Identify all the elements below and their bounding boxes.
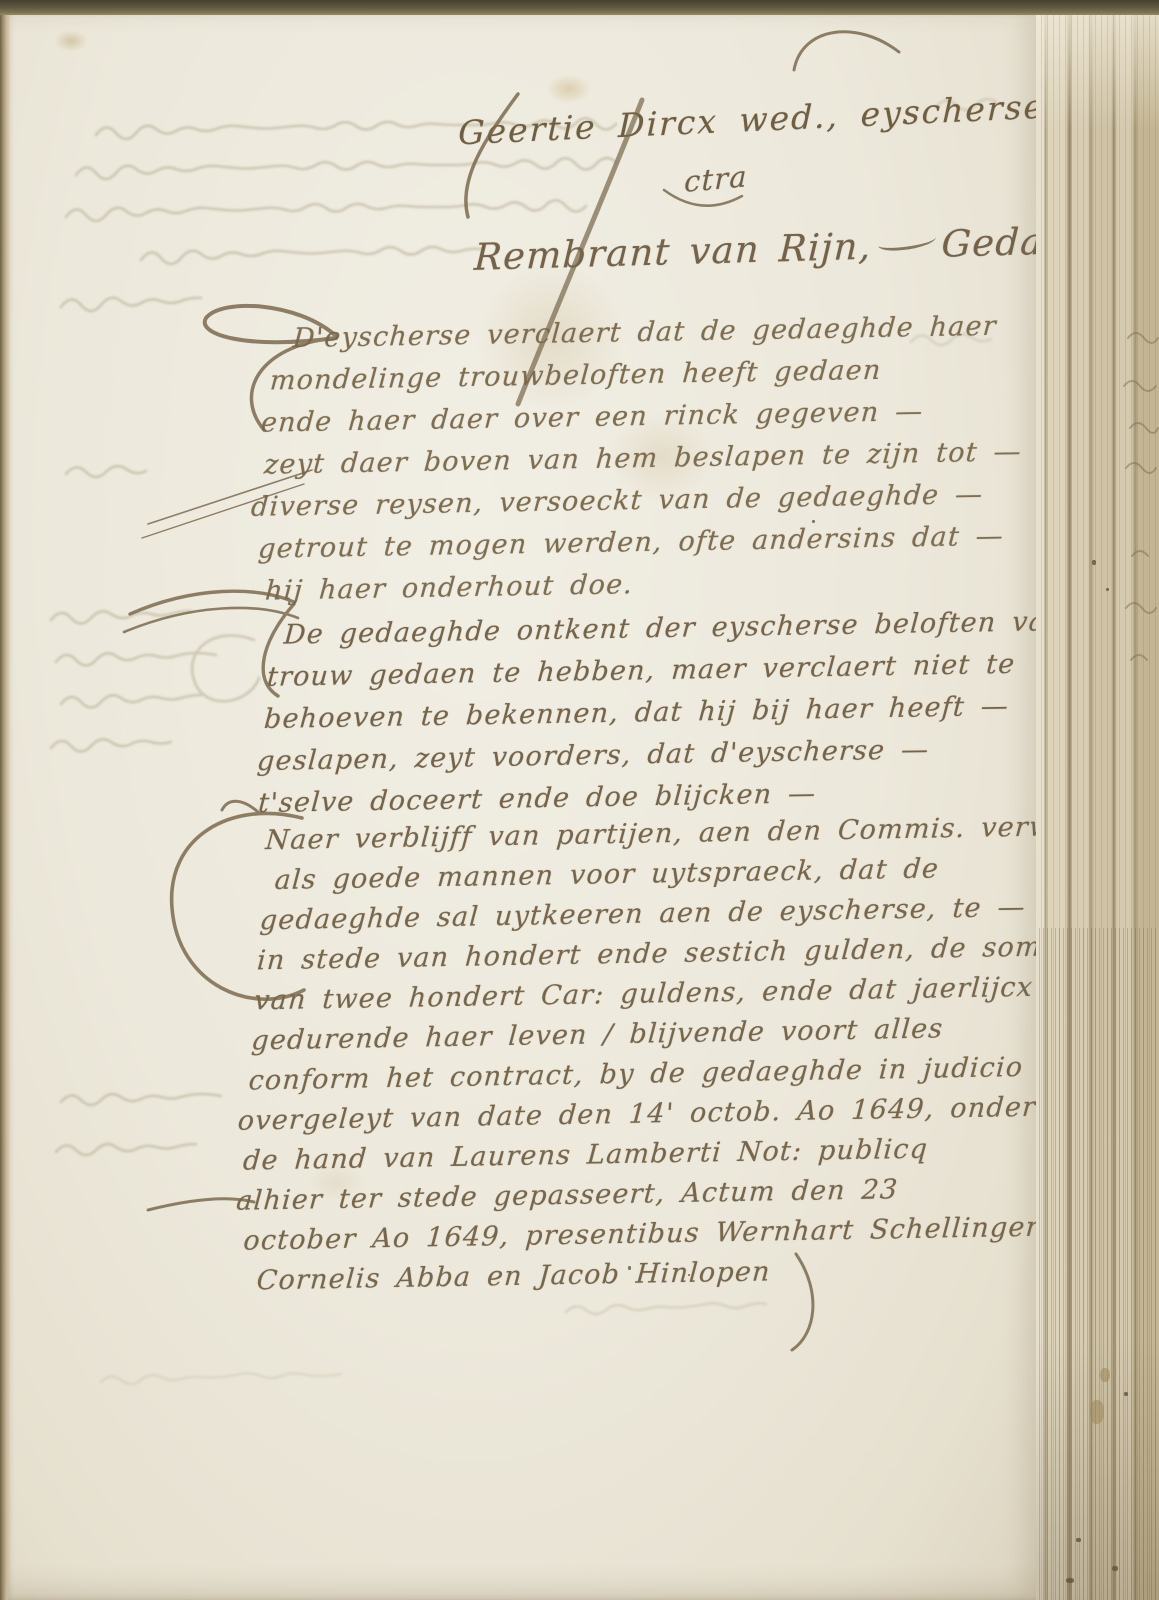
contra-abbreviation: ctra <box>684 159 748 199</box>
ink-speck <box>1124 1392 1128 1396</box>
archival-manuscript-photo: Geertie Dircx wed., eyscherse ctra Rembr… <box>0 0 1159 1600</box>
page-edge-shadow <box>1036 1340 1159 1600</box>
paragraph-verdict: Naer verblijff van partijen, aen den Com… <box>233 806 1122 1302</box>
edge-smudge <box>1090 1400 1104 1424</box>
paper-stain <box>54 30 88 52</box>
paper-stain <box>546 74 592 104</box>
defendant-line: Rembrant van Rijn, Gedaeghde <box>473 220 1035 279</box>
defendant-name: Rembrant van Rijn, <box>473 225 872 279</box>
ink-speck <box>1106 588 1109 591</box>
ink-speck <box>1066 1578 1074 1583</box>
book-left-edge <box>0 0 10 1600</box>
paragraph-claim: D'eyscherse verclaert dat de gedaeghde h… <box>254 305 1032 613</box>
paragraph-defense: De gedaeghde ontkent der eyscherse belof… <box>257 601 1066 825</box>
page-edges-stack <box>1036 0 1159 1600</box>
ink-speck <box>1076 1538 1081 1542</box>
case-header-title: Geertie Dircx wed., eyscherse <box>458 87 1046 153</box>
pen-swash <box>878 230 936 253</box>
book-top-edge <box>0 0 1159 15</box>
edge-smudge <box>1100 1368 1110 1382</box>
ink-speck <box>1092 560 1096 565</box>
manuscript-page: Geertie Dircx wed., eyscherse ctra Rembr… <box>6 12 1038 1600</box>
ink-speck <box>1112 1566 1118 1571</box>
